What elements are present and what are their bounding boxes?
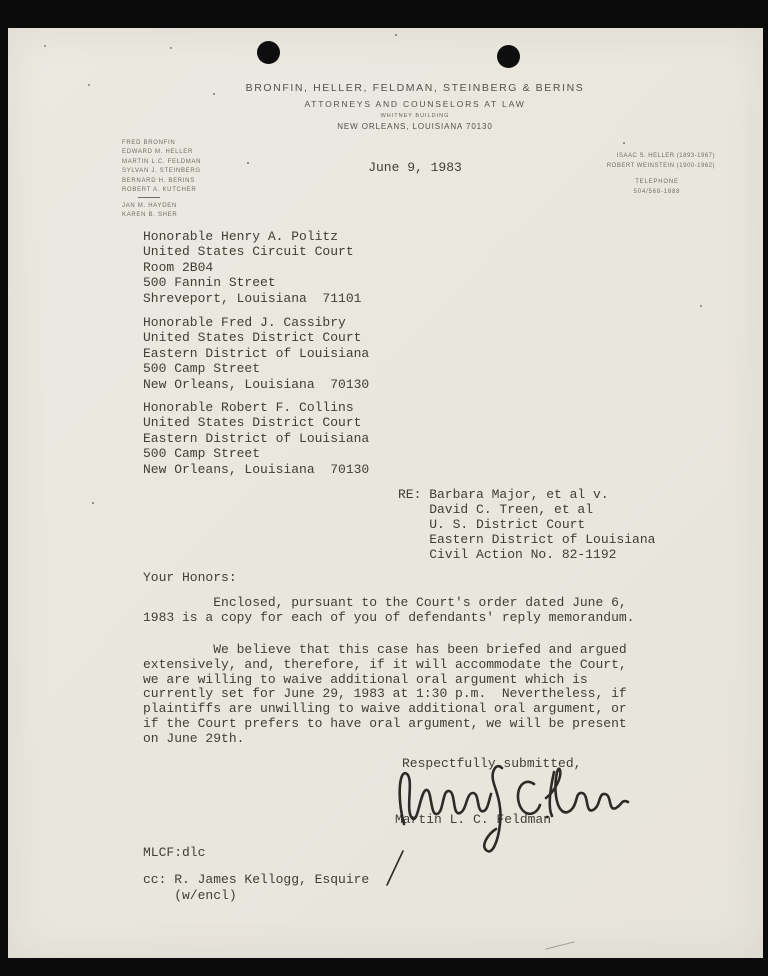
recipient-address-cassibry: Honorable Fred J. Cassibry United States… bbox=[143, 315, 369, 392]
firm-subtitle: ATTORNEYS AND COUNSELORS AT LAW bbox=[130, 99, 700, 109]
punch-hole-left-icon bbox=[257, 41, 280, 64]
scan-scratch bbox=[545, 941, 574, 949]
firm-address: NEW ORLEANS, LOUISIANA 70130 bbox=[130, 122, 700, 131]
dust-speck bbox=[213, 93, 215, 95]
attorney-divider bbox=[138, 197, 160, 198]
dust-speck bbox=[395, 34, 397, 36]
date-line: June 9, 1983 bbox=[130, 160, 700, 175]
salutation: Your Honors: bbox=[143, 570, 237, 585]
signature bbox=[392, 756, 632, 864]
firm-name: BRONFIN, HELLER, FELDMAN, STEINBERG & BE… bbox=[130, 82, 700, 94]
punch-hole-right-icon bbox=[497, 45, 520, 68]
dust-speck bbox=[700, 305, 702, 307]
scanned-letter: BRONFIN, HELLER, FELDMAN, STEINBERG & BE… bbox=[0, 0, 768, 976]
letterhead: BRONFIN, HELLER, FELDMAN, STEINBERG & BE… bbox=[130, 82, 700, 131]
body-paragraph-2: We believe that this case has been brief… bbox=[143, 643, 627, 747]
letter-page: BRONFIN, HELLER, FELDMAN, STEINBERG & BE… bbox=[8, 28, 763, 958]
firm-building: WHITNEY BUILDING bbox=[130, 113, 700, 119]
check-mark-icon bbox=[384, 848, 406, 888]
telephone-number: 504/568-1888 bbox=[598, 188, 716, 198]
telephone-label: TELEPHONE bbox=[598, 178, 716, 188]
re-subject-block: RE: Barbara Major, et al v. David C. Tre… bbox=[398, 487, 655, 562]
dust-speck bbox=[88, 84, 90, 86]
recipient-address-politz: Honorable Henry A. Politz United States … bbox=[143, 229, 361, 306]
associate-list: JAN M. HAYDEN KAREN B. SHER bbox=[122, 202, 177, 221]
dust-speck bbox=[247, 162, 249, 164]
recipient-address-collins: Honorable Robert F. Collins United State… bbox=[143, 400, 369, 477]
reference-initials: MLCF:dlc bbox=[143, 845, 205, 860]
cc-block: cc: R. James Kellogg, Esquire (w/encl) bbox=[143, 872, 369, 903]
telephone-block: TELEPHONE 504/568-1888 bbox=[598, 178, 716, 197]
body-paragraph-1: Enclosed, pursuant to the Court's order … bbox=[143, 596, 634, 626]
dust-speck bbox=[92, 502, 94, 504]
dust-speck bbox=[44, 45, 46, 47]
dust-speck bbox=[170, 47, 172, 49]
dust-speck bbox=[623, 142, 625, 144]
